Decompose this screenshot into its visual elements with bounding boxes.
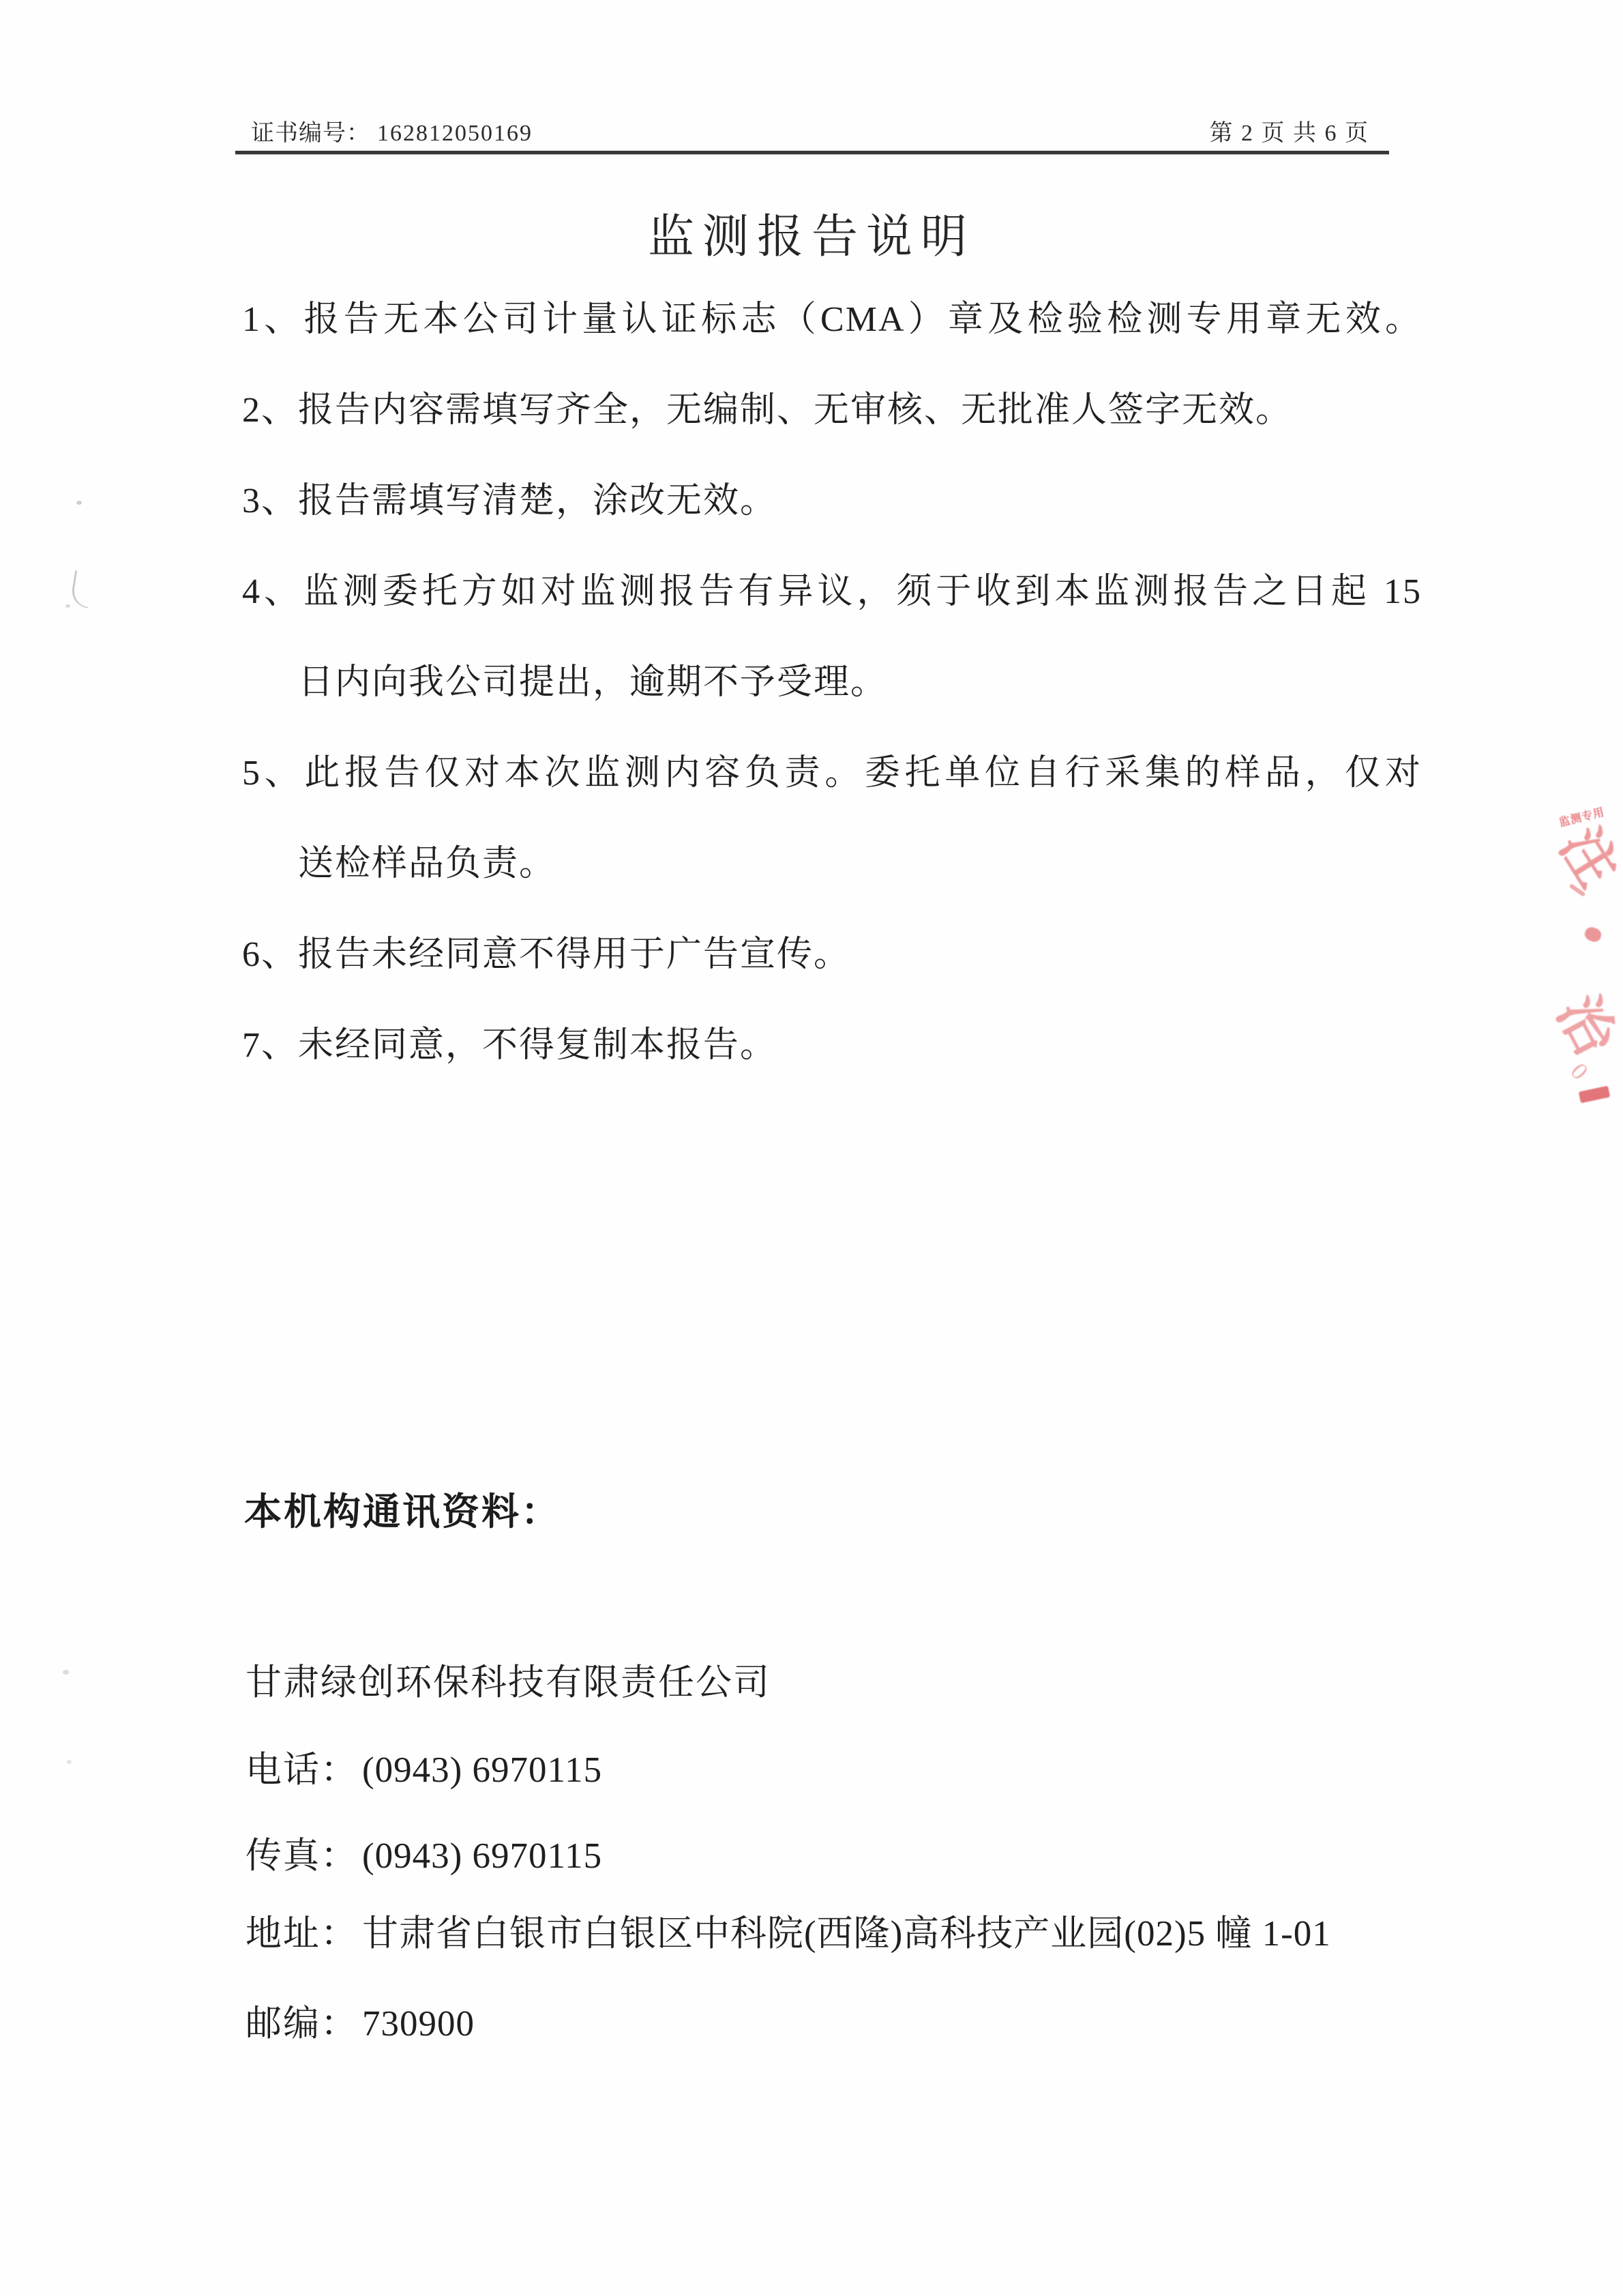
note-item-2: 2、报告内容需填写齐全，无编制、无审核、无批准人签字无效。 — [242, 389, 1292, 432]
pencil-mark — [67, 1760, 72, 1764]
scanned-document-page: 证书编号：162812050169 第 2 页 共 6 页 监测报告说明 1、报… — [0, 0, 1623, 2296]
note-item-6: 6、报告未经同意不得用于广告宣传。 — [242, 934, 850, 976]
certificate-number-label: 证书编号： — [251, 121, 370, 146]
red-stamp-fragment-top-text: 监测专用 — [1558, 801, 1614, 834]
pencil-mark — [63, 1670, 69, 1675]
contact-postal-code: 邮编：730900 — [245, 2003, 475, 2045]
pencil-mark — [65, 604, 70, 608]
note-item-3: 3、报告需填写清楚，涂改无效。 — [242, 480, 777, 523]
note-item-5-line-1: 5、此报告仅对本次监测内容负责。委托单位自行采集的样品，仅对 — [242, 752, 1422, 795]
pencil-mark — [70, 570, 93, 608]
contact-address: 地址：甘肃省白银市白银区中科院(西隆)高科技产业园(02)5 幢 1-01 — [245, 1913, 1331, 1955]
header-divider — [235, 151, 1389, 154]
contact-fax: 传真：(0943) 6970115 — [245, 1835, 602, 1877]
pencil-mark — [76, 501, 82, 505]
contact-company: 甘肃绿创环保科技有限责任公司 — [245, 1662, 771, 1704]
red-stamp-fragment-top-character: 注 — [1538, 816, 1623, 908]
address-value: 甘肃省白银市白银区中科院(西隆)高科技产业园(02)5 幢 1-01 — [362, 1914, 1331, 1954]
postal-code-label: 邮编： — [245, 2004, 358, 2044]
fax-label: 传真： — [245, 1836, 358, 1876]
red-stamp-blob-mark — [1579, 1086, 1611, 1104]
note-item-7: 7、未经同意，不得复制本报告。 — [242, 1025, 777, 1067]
page-indicator: 第 2 页 共 6 页 — [1210, 120, 1370, 147]
contact-phone: 电话：(0943) 6970115 — [245, 1749, 602, 1791]
note-item-4-line-1: 4、监测委托方如对监测报告有异议，须于收到本监测报告之日起 15 — [242, 571, 1422, 613]
red-stamp-dash-mark — [1569, 883, 1586, 897]
red-stamp-dot-mark — [1583, 925, 1603, 943]
page-title: 监测报告说明 — [0, 210, 1623, 263]
contact-section-heading: 本机构通讯资料： — [244, 1490, 561, 1534]
red-stamp-fragment-bottom-character: 治 — [1537, 984, 1623, 1072]
note-item-4-line-2: 日内向我公司提出，逾期不予受理。 — [298, 662, 887, 704]
red-stamp-fragment-digit: 0 — [1563, 1057, 1603, 1098]
address-label: 地址： — [245, 1914, 358, 1954]
company-name: 甘肃绿创环保科技有限责任公司 — [245, 1663, 771, 1703]
phone-value: (0943) 6970115 — [362, 1750, 602, 1790]
postal-code-value: 730900 — [362, 2004, 475, 2044]
note-item-1: 1、报告无本公司计量认证标志（CMA）章及检验检测专用章无效。 — [242, 299, 1422, 341]
certificate-number-value: 162812050169 — [377, 121, 533, 146]
fax-value: (0943) 6970115 — [362, 1836, 602, 1876]
note-item-5-line-2: 送检样品负责。 — [298, 843, 556, 885]
phone-label: 电话： — [245, 1750, 358, 1790]
certificate-number-line: 证书编号：162812050169 — [251, 120, 533, 147]
